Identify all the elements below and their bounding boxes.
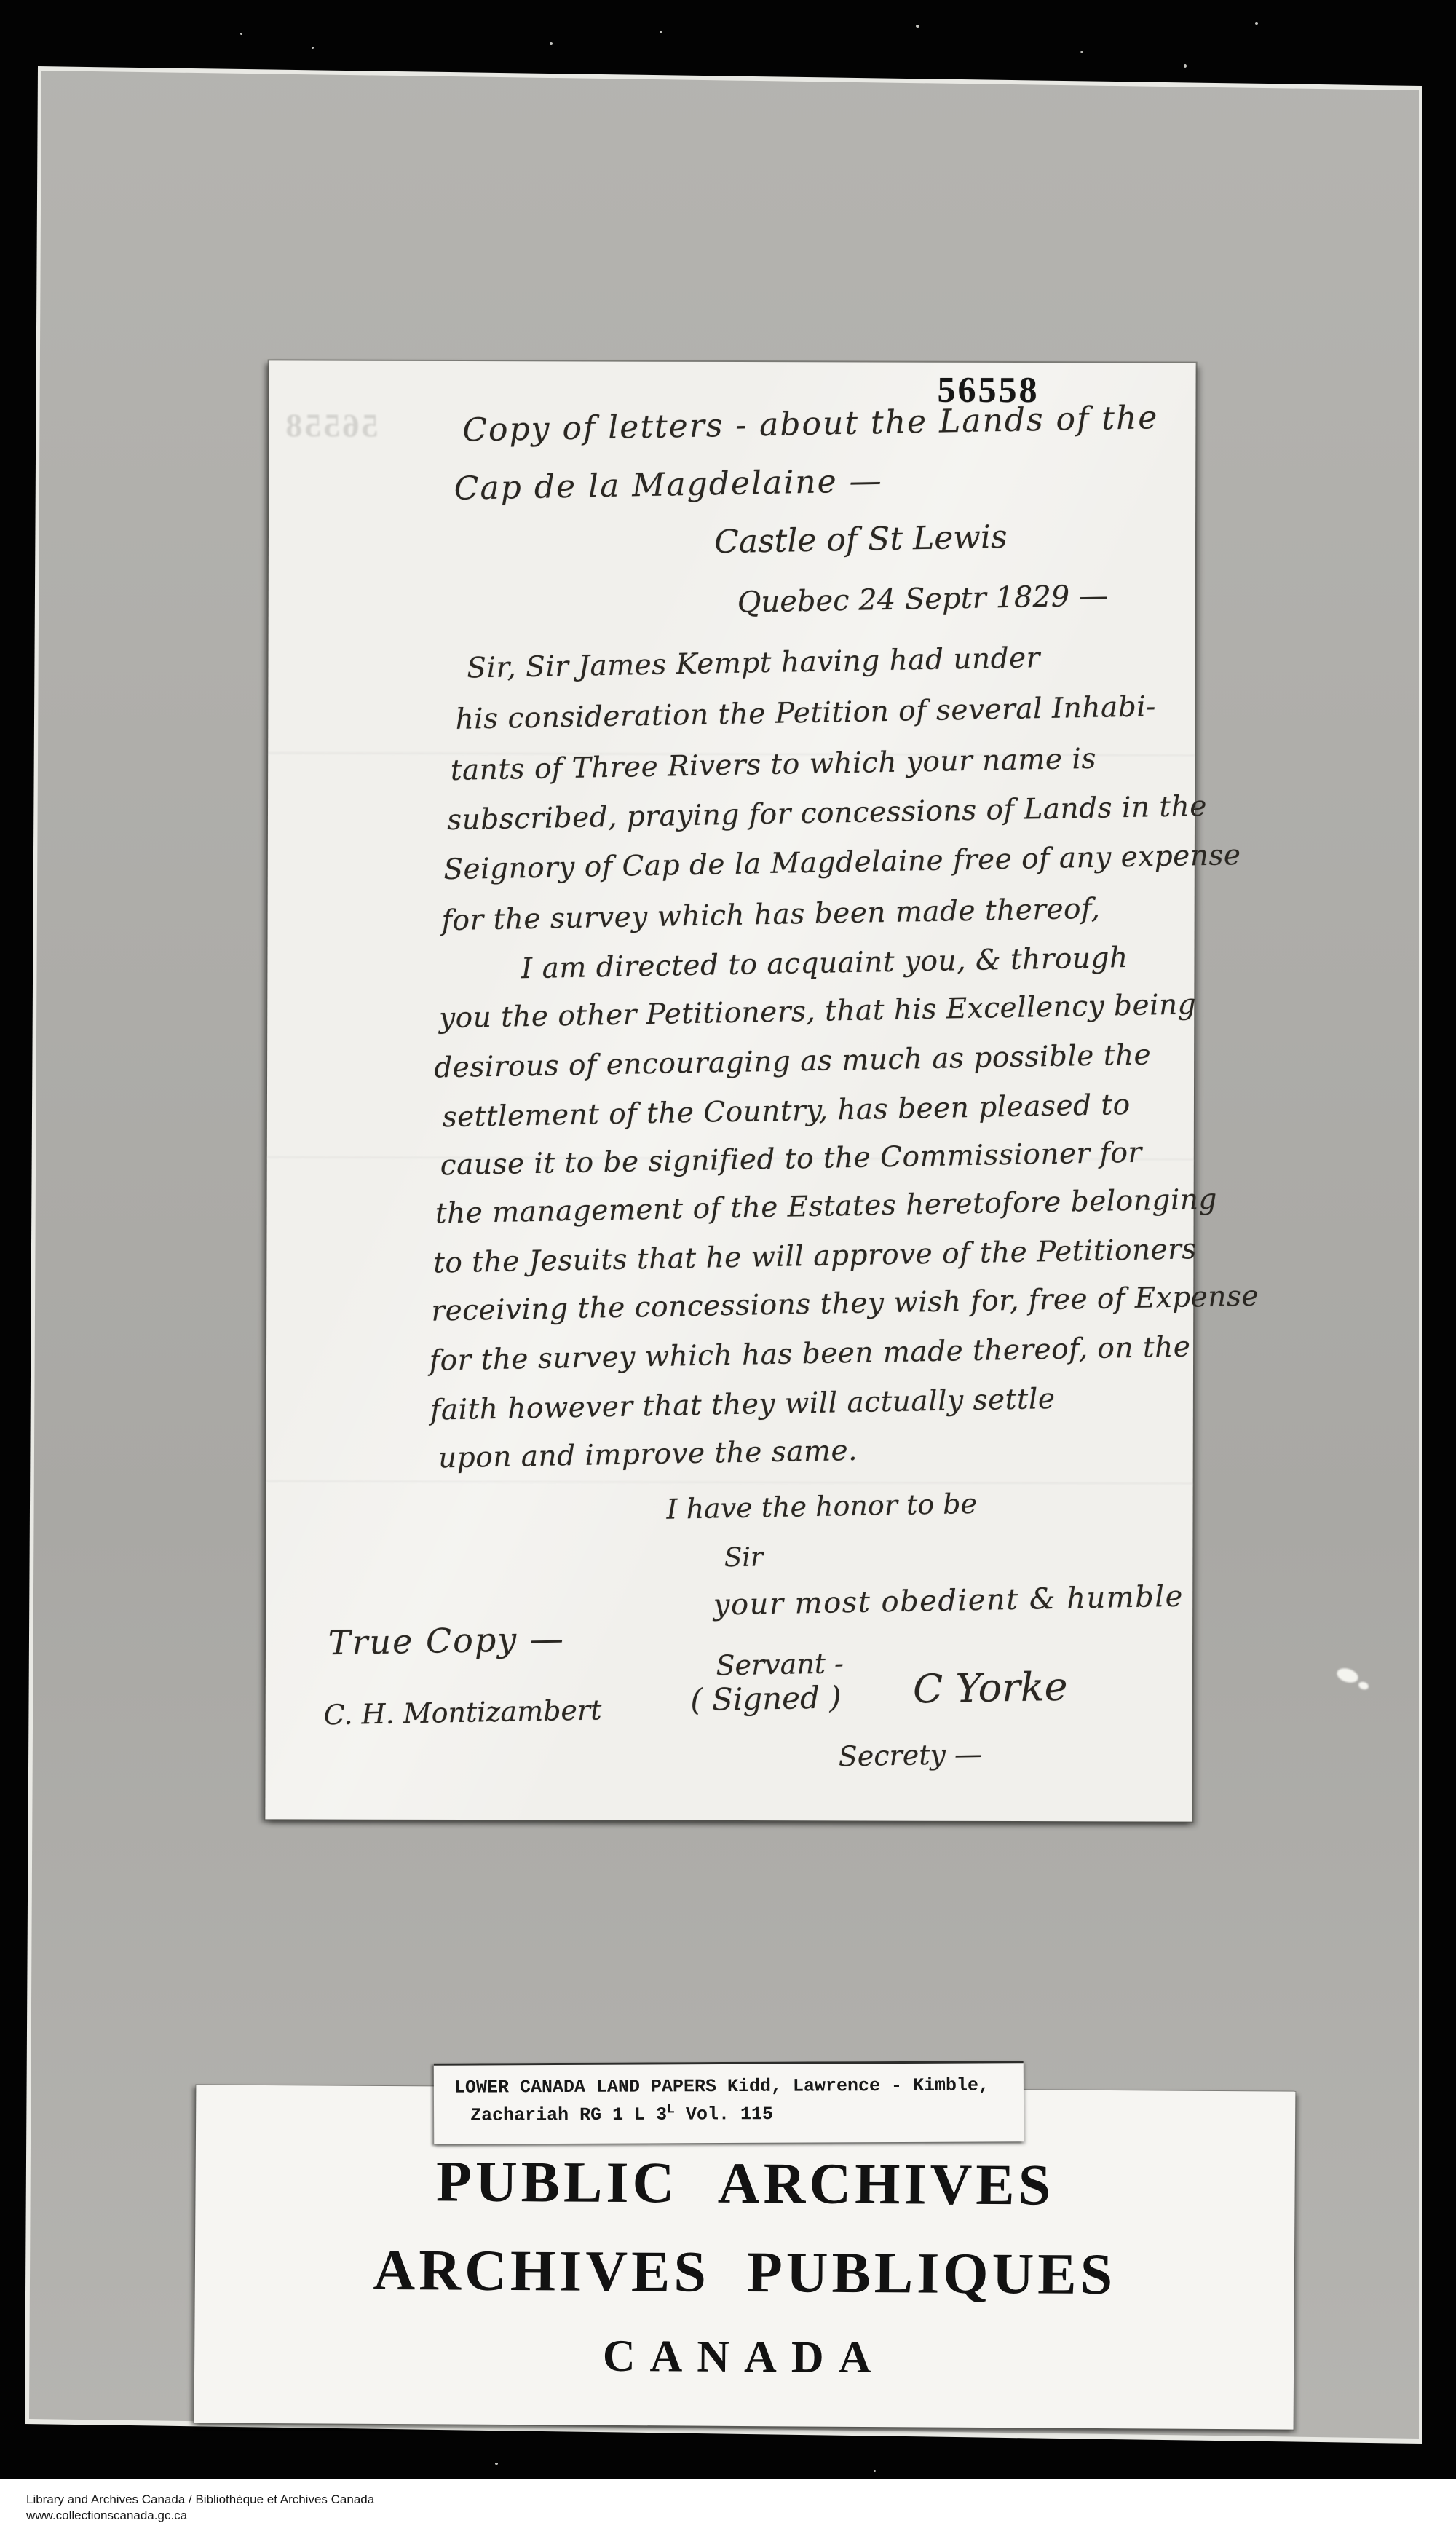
reference-label-line2: Zachariah RG 1 L 3L Vol. 115 bbox=[470, 2102, 773, 2126]
letter-closing-line: your most obedient & humble bbox=[713, 1580, 1184, 1622]
letter-body-line: settlement of the Country, has been plea… bbox=[442, 1089, 1131, 1134]
letter-body-line: faith however that they will actually se… bbox=[430, 1383, 1056, 1427]
letter-body-line: receiving the concessions they wish for,… bbox=[431, 1280, 1259, 1328]
reference-label-superscript: L bbox=[667, 2102, 675, 2117]
letter-body-line: upon and improve the same. bbox=[438, 1434, 858, 1475]
archival-reference-label: LOWER CANADA LAND PAPERS Kidd, Lawrence … bbox=[434, 2061, 1024, 2144]
letter-body-line: to the Jesuits that he will approve of t… bbox=[433, 1233, 1197, 1279]
signed-notation: ( Signed ) bbox=[690, 1679, 842, 1718]
public-archives-title-en: PUBLIC ARCHIVES bbox=[195, 2147, 1295, 2220]
letter-body-line: for the survey which has been made there… bbox=[429, 1330, 1190, 1377]
footer-attribution: Library and Archives Canada / Bibliothèq… bbox=[26, 2492, 374, 2507]
true-copy-note: True Copy — bbox=[328, 1619, 565, 1662]
letter-body-line: cause it to be signified to the Commissi… bbox=[440, 1137, 1142, 1182]
dust-speck bbox=[660, 31, 662, 33]
letter-body-line: desirous of encouraging as much as possi… bbox=[434, 1038, 1152, 1084]
letter-closing-line: Sir bbox=[724, 1542, 763, 1573]
dust-speck bbox=[1184, 64, 1187, 68]
reference-label-line2-suffix: Vol. 115 bbox=[675, 2104, 773, 2125]
dust-speck bbox=[240, 33, 242, 35]
letter-heading-line: Cap de la Magdelaine — bbox=[454, 462, 883, 508]
reference-label-line2-prefix: Zachariah RG 1 L 3 bbox=[470, 2104, 667, 2126]
letter-body-line: Sir, Sir James Kempt having had under bbox=[467, 641, 1040, 684]
letter-body-line: the management of the Estates heretofore… bbox=[435, 1183, 1218, 1231]
signature: C Yorke bbox=[913, 1664, 1069, 1713]
letter-body-line: his consideration the Petition of severa… bbox=[455, 690, 1156, 736]
dust-speck bbox=[550, 42, 553, 45]
letter-place-line: Castle of St Lewis bbox=[714, 518, 1008, 561]
public-archives-title-fr: ARCHIVES PUBLIQUES bbox=[195, 2236, 1295, 2309]
copyist-signature: C. H. Montizambert bbox=[323, 1694, 602, 1731]
letter-document: 56558 56558 Copy of letters - about the … bbox=[265, 360, 1195, 1821]
letter-body-line: I am directed to acquaint you, & through bbox=[521, 941, 1128, 985]
signer-title: Secrety — bbox=[838, 1738, 982, 1773]
microfilm-scan-page: 56558 56558 Copy of letters - about the … bbox=[0, 0, 1456, 2531]
letter-date-line: Quebec 24 Septr 1829 — bbox=[737, 579, 1108, 619]
letter-body-line: tants of Three Rivers to which your name… bbox=[450, 743, 1096, 787]
letter-heading-line: Copy of letters - about the Lands of the bbox=[462, 399, 1159, 449]
dust-speck bbox=[1255, 22, 1258, 25]
letter-closing-line: Servant - bbox=[716, 1647, 844, 1681]
letter-text: Copy of letters - about the Lands of the… bbox=[254, 354, 1207, 1829]
dust-speck bbox=[1080, 51, 1083, 53]
public-archives-country: CANADA bbox=[194, 2328, 1294, 2386]
dust-speck bbox=[495, 2463, 498, 2465]
letter-body-line: for the survey which has been made there… bbox=[441, 893, 1101, 938]
dust-speck bbox=[874, 2470, 876, 2472]
letter-body-line: you the other Petitioners, that his Exce… bbox=[439, 988, 1197, 1035]
letter-closing-line: I have the honor to be bbox=[666, 1488, 977, 1525]
letter-body-line: Seignory of Cap de la Magdelaine free of… bbox=[443, 839, 1241, 886]
footer-strip: Library and Archives Canada / Bibliothèq… bbox=[0, 2479, 1456, 2531]
dust-speck bbox=[916, 25, 919, 28]
footer-url: www.collectionscanada.gc.ca bbox=[26, 2508, 187, 2523]
letter-body-line: subscribed, praying for concessions of L… bbox=[447, 790, 1208, 837]
dust-speck bbox=[312, 47, 314, 49]
reference-label-line1: LOWER CANADA LAND PAPERS Kidd, Lawrence … bbox=[454, 2074, 989, 2098]
